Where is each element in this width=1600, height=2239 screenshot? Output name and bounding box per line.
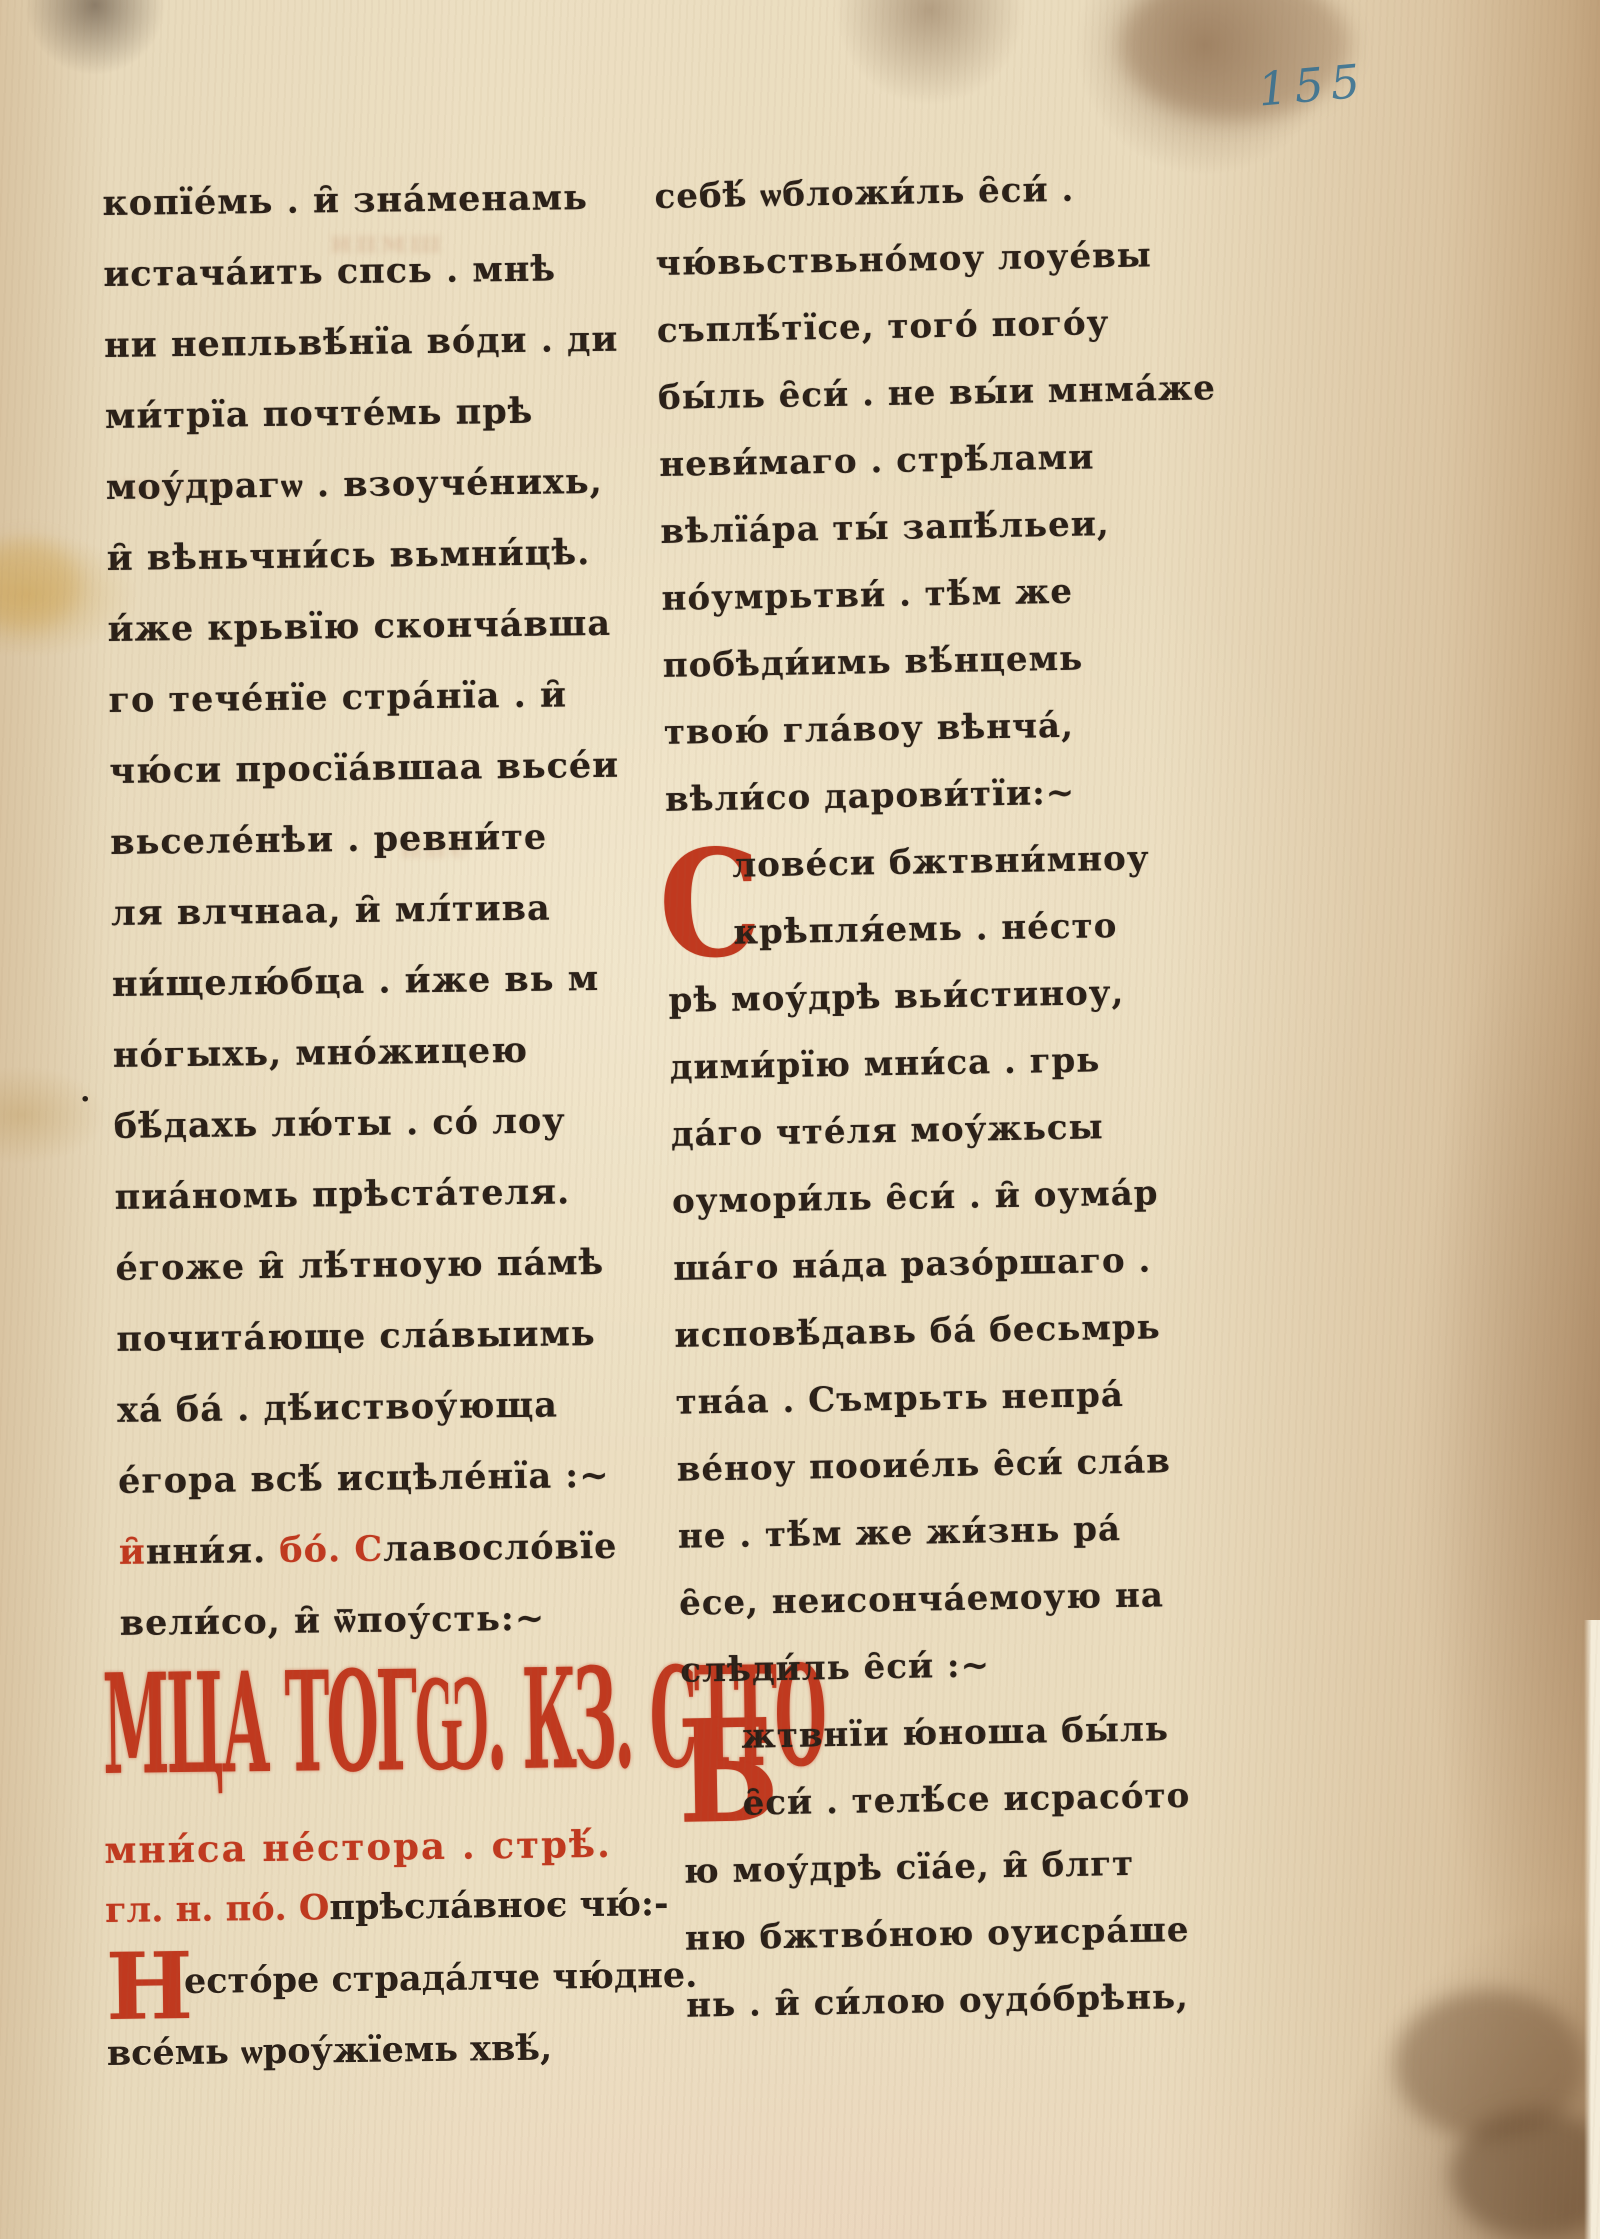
text-line: неви́маго . стрѣ́лами	[659, 423, 1160, 499]
nestor-line: Несто́ре страда́лче чю́дне.	[106, 1941, 587, 2018]
text-line-with-rubrics: и̑нни́я. бо́. Славосло́вїе	[118, 1511, 589, 1588]
rubric-subtitle: мни́са не́стора . стрѣ́.	[104, 1822, 585, 1872]
text-line: да́го чте́ля моу́жьсы	[670, 1093, 1171, 1169]
text-line: лове́си бжтвни́мноу	[666, 825, 1167, 901]
text-line: ми́трїа почте́мь прѣ	[105, 375, 576, 452]
text-line: е́гоже и̑ лѣ́тноую па́мѣ	[115, 1227, 586, 1304]
text-line: оумори́ль е̑си́ . и̑ оума́р	[672, 1160, 1173, 1236]
text-line: вьселе́нѣи . ревни́те	[110, 801, 581, 878]
text-line: рѣ моу́дрѣ вьи́стиноу,	[668, 959, 1169, 1035]
text-line: твою́ гла́воу вѣнча́,	[663, 691, 1164, 767]
parchment-stain	[0, 540, 80, 630]
text-line: съплѣ́тїсе, того́ пого́у	[656, 289, 1157, 365]
text-line: моу́драгѡ . взоуче́нихь,	[105, 446, 576, 523]
text-line: ве́ноу пооие́ль е̑си́ сла́в	[676, 1428, 1177, 1504]
rubric-initial: и̑	[119, 1532, 146, 1573]
right-text-column: С Б себѣ́ ѡбложи́ль е̑си́ . чю́вьствьно́…	[654, 155, 1187, 2039]
text-line: копїе́мь . и̑ зна́менамь	[102, 162, 573, 239]
text-line: е̑се, неисонча́емоую на	[679, 1562, 1180, 1638]
text-line: чю́си просїа́вшаа вьсе́и	[109, 730, 580, 807]
text-line: чю́вьствьно́моу лоуе́вы	[655, 222, 1156, 298]
text-line: истача́ить спсь . мнѣ	[103, 233, 574, 310]
text-line: крѣпля́емь . не́сто	[667, 892, 1168, 968]
text-line: дими́рїю мни́са . грь	[669, 1026, 1170, 1102]
text-line: е̑си́ . телѣ́се исрасо́то	[682, 1763, 1183, 1839]
text-line: ю моу́дрѣ сїа́е, и̑ блгт	[683, 1830, 1184, 1906]
text-line: бѣ́дахь лю́ты . со́ лоу	[113, 1085, 584, 1162]
text-line: жтвнїи ю́ноша бы́ль	[681, 1696, 1182, 1772]
text-line: почита́юще сла́выимь	[116, 1298, 587, 1375]
parchment-stain	[1450, 2110, 1600, 2239]
text-line: тна́а . Съмрьть непра́	[675, 1361, 1176, 1437]
vyaz-title: МЦА ТОГѠ. КЗ. СТГО	[102, 1652, 584, 1796]
text-line: ша́го на́да разо́ршаго .	[673, 1227, 1174, 1303]
text-line: е́гора всѣ́ исцѣле́нїа :~	[118, 1440, 589, 1517]
margin-dot: ·	[80, 1082, 90, 1117]
text-line: но́умрьтви́ . тѣ́м же	[661, 557, 1162, 633]
left-text-column: копїе́мь . и̑ зна́менамь истача́ить спсь…	[102, 162, 590, 1659]
text-line: и̑ вѣньчни́сь вьмни́цѣ.	[106, 517, 577, 594]
text-line: исповѣ́давь ба́ бесьмрь	[674, 1294, 1175, 1370]
text-line: не . тѣ́м же жи́знь ра́	[677, 1495, 1178, 1571]
text-line: ля влчнаа, и̑ мл́тива	[111, 872, 582, 949]
text-line: го тече́нїе стра́нїа . и̑	[108, 659, 579, 736]
text-line: ни́щелю́бца . и́же вь м	[112, 943, 583, 1020]
text-line: но́гыхь, мно́жицею	[112, 1014, 583, 1091]
rubric-initial: С	[354, 1529, 383, 1570]
text-line: побѣди́имь вѣ́нцемь	[662, 624, 1163, 700]
parchment-stain	[1395, 1990, 1585, 2140]
text-line: ха́ ба́ . дѣ́иствоу́юща	[117, 1369, 588, 1446]
text-line: вѣлїа́ра ты́ запѣ́льеи,	[660, 490, 1161, 566]
page-edge	[1584, 1620, 1600, 2239]
text-line: бы́ль е̑си́ . не вы́и мнма́же	[658, 356, 1159, 432]
drop-cap-n: Н	[105, 1940, 193, 2033]
text-line: вѣли́со дарови́тїи:~	[665, 758, 1166, 834]
text-line: себѣ́ ѡбложи́ль е̑си́ .	[654, 155, 1155, 231]
text-line: нь . и̑ си́лою оудо́брѣнь,	[686, 1964, 1187, 2040]
rubric-incipit-line: гл. н. по́. Опрѣсла́вноє чю́:-	[105, 1884, 585, 1931]
text-line: и́же крьвїю сконча́вша	[107, 588, 578, 665]
rubric-heading-block: МЦА ТОГѠ. КЗ. СТГО мни́са не́стора . стр…	[102, 1652, 587, 2089]
text-line: ню бжтво́ною оуисра́ше	[684, 1897, 1185, 1973]
text-line: ни непльвѣ́нїа во́ди . ди	[104, 304, 575, 381]
manuscript-page-photo: ипмш шоне нпе 155 · копїе́мь . и̑ зна́ме…	[0, 0, 1600, 2239]
folio-number: 155	[1256, 53, 1369, 116]
text-line: пиа́номь прѣста́теля.	[114, 1156, 585, 1233]
text-line: слѣди́ль е̑си́ :~	[680, 1629, 1181, 1705]
